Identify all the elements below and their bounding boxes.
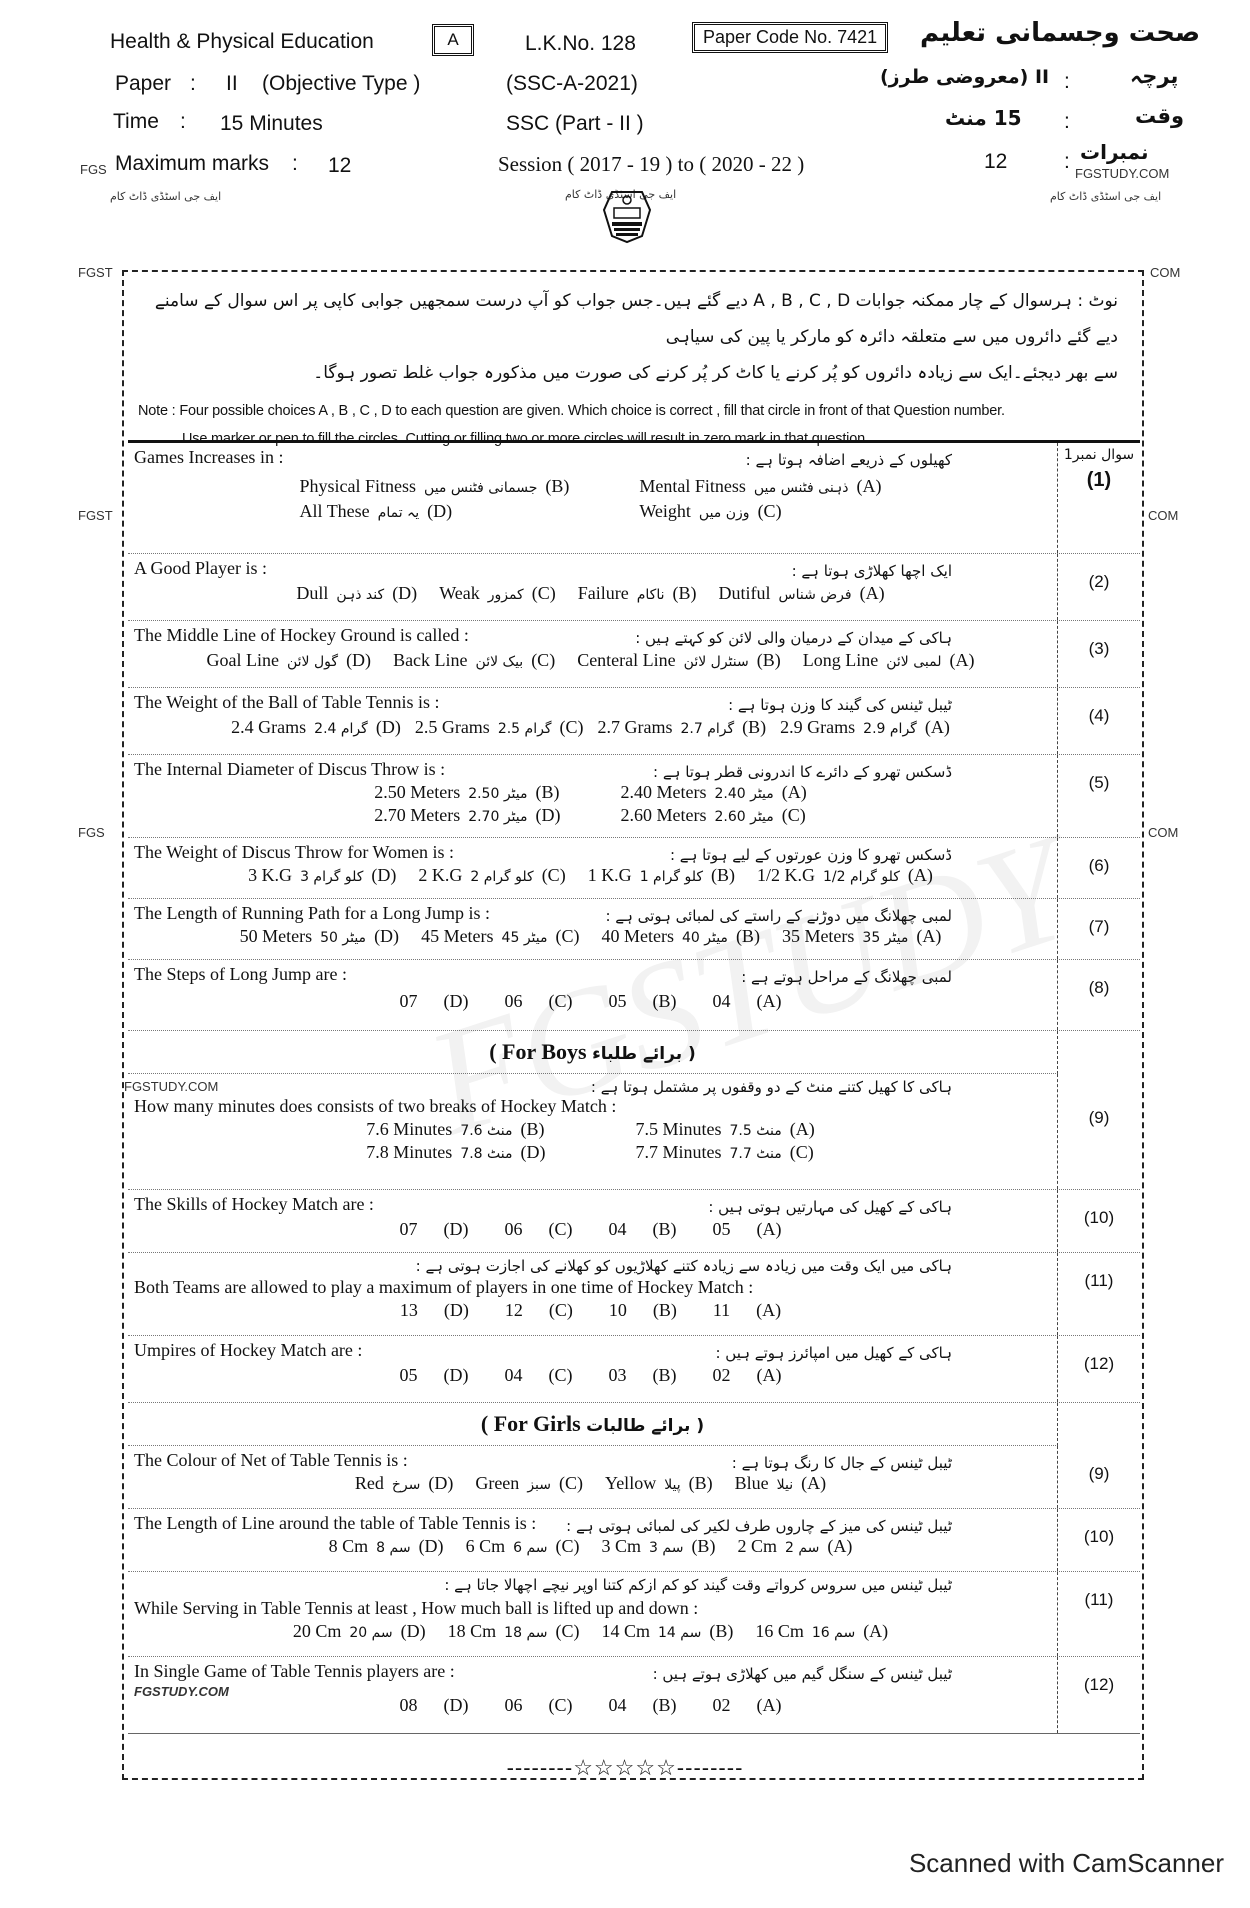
option-d[interactable]: 7.8 Minutesمنٹ 7.8(D) <box>366 1142 545 1163</box>
option-ur: ذہنی فٹنس میں <box>754 480 849 496</box>
option-letter: (D) <box>374 926 399 947</box>
option-en: 8 Cm <box>329 1536 369 1557</box>
question-row: Games Increases in : کھیلوں کے ذریعے اضا… <box>128 443 1140 554</box>
option-en: 2.5 Grams <box>415 717 490 738</box>
option-d[interactable]: 13(D) <box>400 1300 469 1321</box>
option-c[interactable]: 2.60 Metersمیٹر 2.60(C) <box>621 805 807 826</box>
option-letter: (B) <box>757 650 781 671</box>
option-b[interactable]: 2.7 Gramsگرام 2.7(B) <box>598 717 767 738</box>
instructions-note: نوٹ : ہرسوال کے چار ممکنہ جوابات A , B ,… <box>130 283 1138 453</box>
option-c[interactable]: Greenسبز(C) <box>475 1473 583 1494</box>
option-en: 2 Cm <box>737 1536 777 1557</box>
watermark: FGS <box>78 825 105 840</box>
paper-value-ur: II (معروضی طرز) <box>880 66 1049 88</box>
option-en: 13 <box>400 1300 418 1321</box>
paper-code-box: Paper Code No. 7421 <box>692 22 888 53</box>
option-en: 2 K.G <box>418 865 462 886</box>
option-en: Physical Fitness <box>300 476 417 497</box>
question-row: ہاکی میں ایک وقت میں زیادہ سے زیادہ کتنے… <box>128 1253 1140 1336</box>
option-ur: سم 2 <box>785 1540 819 1556</box>
question-row: A Good Player is : ایک اچھا کھلاڑی ہوتا … <box>128 554 1140 621</box>
option-letter: (D) <box>444 1219 469 1240</box>
option-a[interactable]: Long Lineلمبی لائن(A) <box>803 650 975 671</box>
time-value: 15 Minutes <box>220 112 323 136</box>
option-letter: (A) <box>860 583 885 604</box>
option-ur: وزن میں <box>699 505 750 521</box>
time-label: Time <box>113 110 159 134</box>
option-en: 03 <box>609 1365 627 1386</box>
option-a[interactable]: 11(A) <box>713 1300 781 1321</box>
option-en: 2.40 Meters <box>621 782 707 803</box>
question-number: (6) <box>1058 838 1140 898</box>
option-d[interactable]: Dullکند ذہن(D) <box>296 583 417 604</box>
option-letter: (A) <box>801 1473 826 1494</box>
option-c[interactable]: 12(C) <box>505 1300 573 1321</box>
option-ur: جسمانی فٹنس میں <box>424 480 537 496</box>
option-letter: (A) <box>827 1536 852 1557</box>
option-letter: (A) <box>908 865 933 886</box>
option-en: 35 Meters <box>782 926 854 947</box>
option-en: 45 Meters <box>421 926 493 947</box>
question-text-ur: کھیلوں کے ذریعے اضافہ ہوتا ہے : <box>746 451 952 469</box>
end-of-paper-stars: --------☆☆☆☆☆-------- <box>0 1755 1250 1781</box>
option-en: Yellow <box>605 1473 656 1494</box>
option-letter: (C) <box>782 805 806 826</box>
question-number: سوال نمبر1 (1) <box>1058 443 1140 553</box>
option-a[interactable]: Mental Fitnessذہنی فٹنس میں(A) <box>639 476 881 497</box>
watermark: FGS <box>80 162 107 177</box>
option-en: 50 Meters <box>240 926 312 947</box>
option-ur: سم 3 <box>649 1540 683 1556</box>
option-en: 04 <box>609 1695 627 1716</box>
option-ur: میٹر 2.70 <box>468 809 527 825</box>
option-d[interactable]: 05(D) <box>400 1365 469 1386</box>
option-a[interactable]: 16 Cmسم 16(A) <box>755 1621 888 1642</box>
question-number: (12) <box>1058 1657 1140 1733</box>
option-a[interactable]: 05(A) <box>713 1219 782 1240</box>
option-c[interactable]: 2 K.Gکلو گرام 2(C) <box>418 865 565 886</box>
option-letter: (D) <box>376 717 401 738</box>
section-header-girls: ( For Girls برائے طالبات ) <box>128 1403 1058 1446</box>
option-letter: (C) <box>549 1365 573 1386</box>
marks-label-ur: نمبرات <box>1080 140 1148 164</box>
option-letter: (A) <box>757 1365 782 1386</box>
question-number: (7) <box>1058 899 1140 959</box>
group-box: A <box>432 24 474 56</box>
option-a[interactable]: Blueنیلا(A) <box>735 1473 826 1494</box>
option-d[interactable]: 50 Metersمیٹر 50(D) <box>240 926 399 947</box>
option-b[interactable]: 3 Cmسم 3(B) <box>602 1536 716 1557</box>
option-letter: (A) <box>782 782 807 803</box>
subject-title-en: Health & Physical Education <box>110 30 374 54</box>
question-row: Umpires of Hockey Match are : ہاکی کے کھ… <box>128 1336 1140 1403</box>
question-number: (8) <box>1058 960 1140 1030</box>
option-letter: (C) <box>549 1300 573 1321</box>
question-number: (3) <box>1058 621 1140 687</box>
option-letter: (B) <box>742 717 766 738</box>
option-ur: بیک لائن <box>476 654 524 670</box>
option-en: Weight <box>639 501 691 522</box>
option-ur: پیلا <box>664 1477 680 1493</box>
question-text-ur: ٹیبل ٹینس کے جال کا رنگ ہوتا ہے : <box>732 1454 952 1472</box>
watermark: FGST <box>78 265 113 280</box>
question-number: (10) <box>1058 1190 1140 1252</box>
option-en: 2.50 Meters <box>374 782 460 803</box>
option-ur: منٹ 7.8 <box>460 1146 512 1162</box>
option-en: 7.7 Minutes <box>636 1142 722 1163</box>
option-c[interactable]: 2.5 Gramsگرام 2.5(C) <box>415 717 584 738</box>
question-text-ur: ٹیبل ٹینس کی گیند کا وزن ہوتا ہے : <box>728 696 952 714</box>
option-ur: گرام 2.5 <box>498 721 552 737</box>
option-en: 14 Cm <box>602 1621 651 1642</box>
option-en: 2.70 Meters <box>374 805 460 826</box>
option-c[interactable]: Weightوزن میں(C) <box>639 501 881 522</box>
option-letter: (C) <box>556 1536 580 1557</box>
option-a[interactable]: 2 Cmسم 2(A) <box>737 1536 852 1557</box>
marks-value-ur: 12 <box>984 150 1007 174</box>
question-text-ur: ہاکی کے کھیل میں امپائرز ہوتے ہیں : <box>715 1344 952 1362</box>
option-en: 1 K.G <box>588 865 632 886</box>
option-letter: (C) <box>542 865 566 886</box>
option-ur: سم 8 <box>376 1540 410 1556</box>
question-header-ur: سوال نمبر1 <box>1058 447 1140 463</box>
question-text-en: Both Teams are allowed to play a maximum… <box>134 1277 1047 1298</box>
option-b[interactable]: 10(B) <box>609 1300 677 1321</box>
option-a[interactable]: 04(A) <box>713 991 782 1012</box>
option-letter: (B) <box>653 1695 677 1716</box>
option-c[interactable]: 7.7 Minutesمنٹ 7.7(C) <box>636 1142 815 1163</box>
option-letter: (B) <box>653 991 677 1012</box>
option-c[interactable]: 45 Metersمیٹر 45(C) <box>421 926 579 947</box>
option-d[interactable]: 2.70 Metersمیٹر 2.70(D) <box>374 805 560 826</box>
question-text-en: How many minutes does consists of two br… <box>134 1096 1047 1117</box>
option-ur: میٹر 2.60 <box>714 809 773 825</box>
watermark: FGSTUDY.COM <box>1075 166 1169 181</box>
colon: : <box>180 110 186 134</box>
option-letter: (C) <box>559 1473 583 1494</box>
option-letter: (D) <box>371 865 396 886</box>
option-en: 05 <box>400 1365 418 1386</box>
questions-table: Games Increases in : کھیلوں کے ذریعے اضا… <box>128 440 1140 1734</box>
option-d[interactable]: All Theseیہ تمام(D) <box>300 501 570 522</box>
option-letter: (C) <box>549 991 573 1012</box>
question-text-ur: ٹیبل ٹینس کی میز کے چاروں طرف لکیر کی لم… <box>566 1517 952 1535</box>
option-ur: کلو گرام 1/2 <box>823 869 900 885</box>
option-c[interactable]: 06(C) <box>505 1695 573 1716</box>
option-a[interactable]: 1/2 K.Gکلو گرام 1/2(A) <box>757 865 933 886</box>
question-row: ٹیبل ٹینس میں سروس کرواتے وقت گیند کو کم… <box>128 1572 1140 1657</box>
option-en: Red <box>355 1473 384 1494</box>
option-b[interactable]: Physical Fitnessجسمانی فٹنس میں(B) <box>300 476 570 497</box>
option-ur: کند ذہن <box>336 587 384 603</box>
option-letter: (D) <box>346 650 371 671</box>
option-en: 7.5 Minutes <box>636 1119 722 1140</box>
option-en: 6 Cm <box>466 1536 506 1557</box>
option-letter: (D) <box>392 583 417 604</box>
option-en: Blue <box>735 1473 769 1494</box>
option-letter: (B) <box>673 583 697 604</box>
option-a[interactable]: 7.5 Minutesمنٹ 7.5(A) <box>636 1119 815 1140</box>
option-letter: (D) <box>536 805 561 826</box>
option-en: 16 Cm <box>755 1621 804 1642</box>
question-row: The Length of Running Path for a Long Ju… <box>128 899 1140 960</box>
option-ur: یہ تمام <box>378 505 419 521</box>
option-letter: (A) <box>757 1219 782 1240</box>
option-letter: (B) <box>536 782 560 803</box>
option-d[interactable]: 8 Cmسم 8(D) <box>329 1536 444 1557</box>
option-en: Back Line <box>393 650 467 671</box>
question-text-ur: ڈسکس تھرو کا وزن عورتوں کے لیے ہوتا ہے : <box>670 846 952 864</box>
question-text-ur: ہاکی کا کھیل کتنے منٹ کے دو وقفوں پر مشت… <box>591 1078 952 1096</box>
note-urdu-line1: نوٹ : ہرسوال کے چار ممکنہ جوابات A , B ,… <box>130 283 1138 355</box>
option-en: 2.9 Grams <box>780 717 855 738</box>
paper-value: II <box>226 72 238 96</box>
option-letter: (A) <box>949 650 974 671</box>
option-ur: کلو گرام 2 <box>470 869 533 885</box>
option-c[interactable]: 06(C) <box>505 1219 573 1240</box>
option-en: 2.60 Meters <box>621 805 707 826</box>
option-en: Failure <box>578 583 629 604</box>
option-letter: (B) <box>653 1219 677 1240</box>
option-ur: لمبی لائن <box>886 654 941 670</box>
option-en: 3 Cm <box>602 1536 642 1557</box>
colon: : <box>292 152 298 176</box>
option-c[interactable]: 6 Cmسم 6(C) <box>466 1536 580 1557</box>
option-a[interactable]: Dutifulفرض شناس(A) <box>719 583 885 604</box>
option-letter: (C) <box>790 1142 814 1163</box>
note-urdu-line2: سے بھر دیجئے۔ایک سے زیادہ دائروں کو پُر … <box>130 355 1138 391</box>
option-ur: سم 6 <box>513 1540 547 1556</box>
option-a[interactable]: 2.9 Gramsگرام 2.9(A) <box>780 717 950 738</box>
colon: : <box>1064 70 1070 94</box>
question-row: The Internal Diameter of Discus Throw is… <box>128 755 1140 838</box>
option-c[interactable]: 04(C) <box>505 1365 573 1386</box>
option-en: Mental Fitness <box>639 476 746 497</box>
option-ur: گول لائن <box>287 654 338 670</box>
option-b[interactable]: 03(B) <box>609 1365 677 1386</box>
option-en: 08 <box>400 1695 418 1716</box>
question-text-ur: ٹیبل ٹینس کے سنگل گیم میں کھلاڑی ہوتے ہی… <box>653 1665 952 1683</box>
option-letter: (B) <box>545 476 569 497</box>
option-b[interactable]: 2.50 Metersمیٹر 2.50(B) <box>374 782 560 803</box>
option-ur: منٹ 7.5 <box>730 1123 782 1139</box>
option-letter: (A) <box>863 1621 888 1642</box>
note-english-line1: Note : Four possible choices A , B , C ,… <box>130 397 1138 425</box>
option-d[interactable]: 20 Cmسم 20(D) <box>293 1621 426 1642</box>
option-en: 06 <box>505 1219 523 1240</box>
option-letter: (B) <box>521 1119 545 1140</box>
question-text-ur: ڈسکس تھرو کے دائرے کا اندرونی قطر ہوتا ہ… <box>653 763 952 781</box>
question-text-ur: ٹیبل ٹینس میں سروس کرواتے وقت گیند کو کم… <box>444 1576 952 1594</box>
watermark-urdu: ایف جی اسٹڈی ڈاٹ کام <box>110 190 221 203</box>
session: Session ( 2017 - 19 ) to ( 2020 - 22 ) <box>498 152 804 177</box>
option-letter: (B) <box>653 1365 677 1386</box>
section-title-en: ( For Boys <box>489 1039 586 1064</box>
option-en: 2.7 Grams <box>598 717 673 738</box>
option-en: 7.8 Minutes <box>366 1142 452 1163</box>
section-title-ur: برائے طلباء ) <box>592 1044 696 1064</box>
option-b[interactable]: 1 K.Gکلو گرام 1(B) <box>588 865 735 886</box>
option-b[interactable]: Centeral Lineسنٹرل لائن(B) <box>577 650 781 671</box>
option-letter: (C) <box>758 501 782 522</box>
section-title-en: ( For Girls <box>481 1411 581 1436</box>
option-letter: (D) <box>444 991 469 1012</box>
option-letter: (A) <box>757 1695 782 1716</box>
option-letter: (D) <box>444 1695 469 1716</box>
option-en: 05 <box>713 1219 731 1240</box>
option-d[interactable]: 08(D) <box>400 1695 469 1716</box>
option-letter: (C) <box>532 583 556 604</box>
option-letter: (C) <box>556 1621 580 1642</box>
paper-type: (Objective Type ) <box>262 72 420 96</box>
option-b[interactable]: 7.6 Minutesمنٹ 7.6(B) <box>366 1119 545 1140</box>
option-ur: سم 14 <box>658 1625 701 1641</box>
lk-number: L.K.No. 128 <box>525 32 636 56</box>
option-en: Dull <box>296 583 328 604</box>
option-ur: ناکام <box>637 587 665 603</box>
question-text-ur: لمبی چھلانگ میں دوڑنے کے راستے کی لمبائی… <box>605 907 952 925</box>
option-ur: سنٹرل لائن <box>684 654 749 670</box>
option-d[interactable]: Goal Lineگول لائن(D) <box>207 650 372 671</box>
option-ur: کلو گرام 3 <box>300 869 363 885</box>
question-text-ur: ہاکی میں ایک وقت میں زیادہ سے زیادہ کتنے… <box>416 1257 952 1275</box>
question-number: (12) <box>1058 1336 1140 1402</box>
option-b[interactable]: 04(B) <box>609 1219 677 1240</box>
option-en: 07 <box>400 1219 418 1240</box>
option-d[interactable]: 2.4 Gramsگرام 2.4(D) <box>231 717 401 738</box>
option-letter: (A) <box>925 717 950 738</box>
watermark: COM <box>1150 265 1180 280</box>
option-a[interactable]: 02(A) <box>713 1365 782 1386</box>
question-row: The Colour of Net of Table Tennis is : ٹ… <box>128 1446 1140 1509</box>
option-en: 12 <box>505 1300 523 1321</box>
option-b[interactable]: 40 Metersمیٹر 40(B) <box>602 926 760 947</box>
option-a[interactable]: 35 Metersمیٹر 35(A) <box>782 926 941 947</box>
question-text-ur: لمبی چھلانگ کے مراحل ہوتے ہے : <box>741 968 952 986</box>
exam-level: SSC (Part - II ) <box>506 112 644 136</box>
option-d[interactable]: 07(D) <box>400 991 469 1012</box>
option-letter: (D) <box>401 1621 426 1642</box>
option-b[interactable]: 04(B) <box>609 1695 677 1716</box>
option-en: 2.4 Grams <box>231 717 306 738</box>
option-letter: (D) <box>444 1365 469 1386</box>
option-letter: (A) <box>856 476 881 497</box>
option-en: Weak <box>439 583 480 604</box>
option-ur: کمزور <box>488 587 524 603</box>
option-c[interactable]: Back Lineبیک لائن(C) <box>393 650 555 671</box>
option-letter: (C) <box>556 926 580 947</box>
option-en: Centeral Line <box>577 650 675 671</box>
option-letter: (A) <box>790 1119 815 1140</box>
option-ur: نیلا <box>777 1477 793 1493</box>
option-b[interactable]: 05(B) <box>609 991 677 1012</box>
option-c[interactable]: Weakکمزور(C) <box>439 583 556 604</box>
option-en: 1/2 K.G <box>757 865 815 886</box>
option-en: 02 <box>713 1365 731 1386</box>
option-letter: (B) <box>653 1300 677 1321</box>
option-b[interactable]: Yellowپیلا(B) <box>605 1473 713 1494</box>
option-c[interactable]: 06(C) <box>505 991 573 1012</box>
option-letter: (D) <box>428 1473 453 1494</box>
option-c[interactable]: 18 Cmسم 18(C) <box>448 1621 580 1642</box>
question-row: The Length of Line around the table of T… <box>128 1509 1140 1572</box>
option-en: 05 <box>609 991 627 1012</box>
question-text-en: While Serving in Table Tennis at least ,… <box>134 1598 1047 1619</box>
question-number: (10) <box>1058 1509 1140 1571</box>
option-d[interactable]: Redسرخ(D) <box>355 1473 454 1494</box>
exam-code: (SSC-A-2021) <box>506 72 638 96</box>
option-b[interactable]: Failureناکام(B) <box>578 583 697 604</box>
option-letter: (C) <box>549 1695 573 1716</box>
option-a[interactable]: 02(A) <box>713 1695 782 1716</box>
time-value-ur: 15 منٹ <box>945 106 1022 130</box>
option-en: 10 <box>609 1300 627 1321</box>
question-number: (5) <box>1058 755 1140 837</box>
watermark: COM <box>1148 825 1178 840</box>
paper-colon: : <box>190 72 196 96</box>
question-number: (4) <box>1058 688 1140 754</box>
marks-label: Maximum marks <box>115 152 269 176</box>
option-letter: (D) <box>427 501 452 522</box>
option-a[interactable]: 2.40 Metersمیٹر 2.40(A) <box>621 782 807 803</box>
option-ur: میٹر 2.40 <box>714 786 773 802</box>
option-ur: میٹر 45 <box>502 930 548 946</box>
option-letter: (B) <box>736 926 760 947</box>
watermark: FGST <box>78 508 113 523</box>
option-ur: سبز <box>527 1477 551 1493</box>
question-text-ur: ہاکی کے میدان کے درمیان والی لائن کو کہت… <box>635 629 952 647</box>
time-label-ur: وقت <box>1135 104 1184 128</box>
option-en: 04 <box>713 991 731 1012</box>
question-number: (9) <box>1058 1446 1140 1508</box>
paper-label: Paper <box>115 72 171 96</box>
question-text-ur: ہاکی کے کھیل کی مہارتیں ہوتی ہیں : <box>708 1198 952 1216</box>
option-en: 40 Meters <box>602 926 674 947</box>
option-en: Dutiful <box>719 583 771 604</box>
option-ur: فرض شناس <box>779 587 852 603</box>
option-ur: سم 18 <box>504 1625 547 1641</box>
option-ur: میٹر 2.50 <box>468 786 527 802</box>
option-d[interactable]: 07(D) <box>400 1219 469 1240</box>
option-ur: میٹر 50 <box>320 930 366 946</box>
question-num: (1) <box>1058 469 1140 492</box>
option-en: 04 <box>505 1365 523 1386</box>
option-d[interactable]: 3 K.Gکلو گرام 3(D) <box>248 865 396 886</box>
option-letter: (B) <box>689 1473 713 1494</box>
question-row: The Weight of the Ball of Table Tennis i… <box>128 688 1140 755</box>
option-en: All These <box>300 501 370 522</box>
option-ur: منٹ 7.7 <box>730 1146 782 1162</box>
colon: : <box>1064 150 1070 174</box>
option-letter: (B) <box>691 1536 715 1557</box>
camscanner-label: Scanned with CamScanner <box>909 1848 1224 1879</box>
question-row: The Skills of Hockey Match are : ہاکی کے… <box>128 1190 1140 1253</box>
question-row: ہاکی کا کھیل کتنے منٹ کے دو وقفوں پر مشت… <box>128 1074 1140 1190</box>
option-en: 7.6 Minutes <box>366 1119 452 1140</box>
option-b[interactable]: 14 Cmسم 14(B) <box>602 1621 734 1642</box>
watermark: COM <box>1148 508 1178 523</box>
board-logo-icon <box>602 186 652 244</box>
option-en: Green <box>475 1473 519 1494</box>
option-letter: (A) <box>757 991 782 1012</box>
option-en: 06 <box>505 1695 523 1716</box>
option-en: 04 <box>609 1219 627 1240</box>
option-en: Long Line <box>803 650 878 671</box>
option-ur: سرخ <box>392 1477 421 1493</box>
option-ur: گرام 2.4 <box>314 721 368 737</box>
option-letter: (C) <box>549 1219 573 1240</box>
watermark-urdu: ایف جی اسٹڈی ڈاٹ کام <box>1050 190 1161 203</box>
